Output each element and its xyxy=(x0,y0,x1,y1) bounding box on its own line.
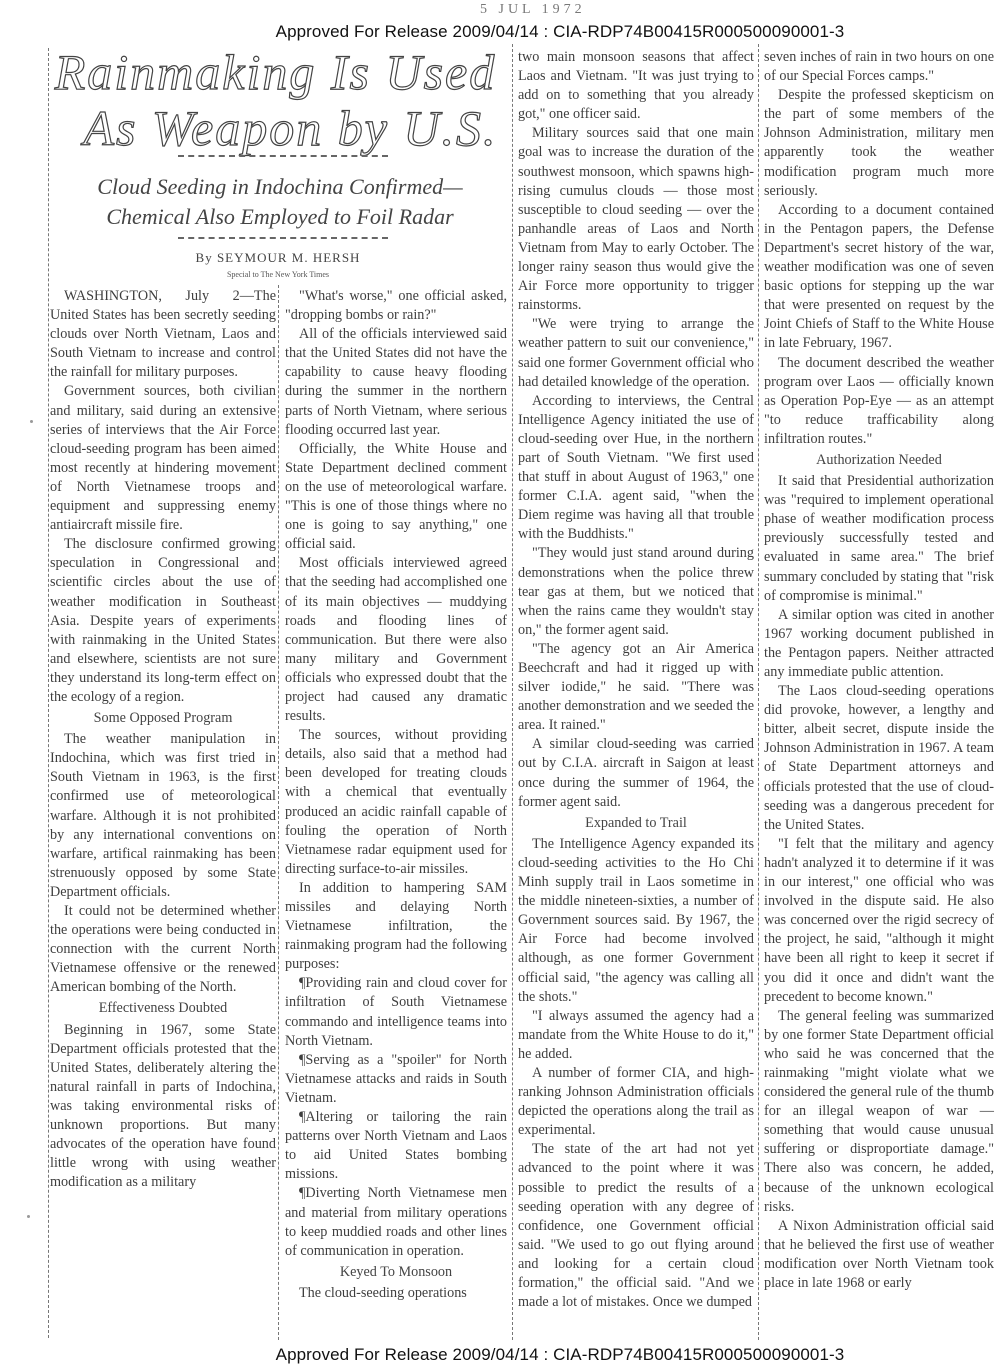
paragraph: The document described the weather progr… xyxy=(764,354,994,449)
paragraph: Despite the professed skepticism on the … xyxy=(764,86,994,201)
paragraph: ¶Altering or tailoring the rain patterns… xyxy=(285,1108,507,1184)
article-column-2: "What's worse," one official asked, "dro… xyxy=(285,287,507,1303)
date-fragment: 5 JUL 1972 xyxy=(480,2,586,18)
headline-line-1: Rainmaking Is Used xyxy=(48,44,503,100)
article-column-4: seven inches of rain in two hours on one… xyxy=(764,48,994,1293)
article-column-3: two main monsoon seasons that affect Lao… xyxy=(518,48,754,1312)
paragraph: ¶Providing rain and cloud cover for infi… xyxy=(285,974,507,1050)
column-rule xyxy=(278,285,279,1340)
column-rule xyxy=(48,48,49,1338)
paragraph: A Nixon Administration official said tha… xyxy=(764,1217,994,1293)
column-rule xyxy=(758,44,759,1340)
paragraph: In addition to hampering SAM missiles an… xyxy=(285,879,507,974)
headline: Rainmaking Is Used As Weapon by U.S. xyxy=(48,44,503,156)
paragraph: A similar option was cited in another 19… xyxy=(764,606,994,682)
paragraph: "I felt that the military and agency had… xyxy=(764,835,994,1007)
section-subheading: Authorization Needed xyxy=(764,451,994,470)
paragraph-continued: two main monsoon seasons that affect Lao… xyxy=(518,48,754,124)
column-rule xyxy=(512,44,513,1340)
paragraph: The Intelligence Agency expanded its clo… xyxy=(518,835,754,1007)
paragraph: A similar cloud-seeding was carried out … xyxy=(518,735,754,811)
paragraph: WASHINGTON, July 2—The United States has… xyxy=(50,287,276,382)
paragraph: All of the officials interviewed said th… xyxy=(285,325,507,440)
subhead-line-1: Cloud Seeding in Indochina Confirmed— xyxy=(50,172,510,202)
byline-credit: Special to The New York Times xyxy=(48,270,508,279)
paragraph: The weather manipulation in Indochina, w… xyxy=(50,730,276,902)
paragraph: According to a document contained in the… xyxy=(764,201,994,354)
paragraph: Government sources, both civilian and mi… xyxy=(50,382,276,535)
paragraph: Beginning in 1967, some State Department… xyxy=(50,1021,276,1193)
release-stamp-bottom: Approved For Release 2009/04/14 : CIA-RD… xyxy=(60,1345,1000,1365)
paragraph: A number of former CIA, and high-ranking… xyxy=(518,1064,754,1140)
section-subheading: Expanded to Trail xyxy=(518,814,754,833)
scan-speck xyxy=(27,1215,30,1218)
paragraph: ¶Serving as a "spoiler" for North Vietna… xyxy=(285,1051,507,1108)
paragraph: Military sources said that one main goal… xyxy=(518,124,754,315)
paragraph: "We were trying to arrange the weather p… xyxy=(518,315,754,391)
scan-speck xyxy=(30,420,33,423)
paragraph: "What's worse," one official asked, "dro… xyxy=(285,287,507,325)
paragraph: Most officials interviewed agreed that t… xyxy=(285,554,507,726)
paragraph: "They would just stand around during dem… xyxy=(518,544,754,639)
subhead-line-2: Chemical Also Employed to Foil Radar xyxy=(50,202,510,232)
paragraph: "I always assumed the agency had a manda… xyxy=(518,1007,754,1064)
article-column-1: WASHINGTON, July 2—The United States has… xyxy=(50,287,276,1192)
paragraph-continued: seven inches of rain in two hours on one… xyxy=(764,48,994,86)
subhead: Cloud Seeding in Indochina Confirmed— Ch… xyxy=(50,172,510,232)
paragraph: According to interviews, the Central Int… xyxy=(518,392,754,545)
paragraph: The Laos cloud-seeding operations did pr… xyxy=(764,682,994,835)
section-subheading: Keyed To Monsoon xyxy=(285,1263,507,1282)
paragraph: It could not be determined whether the o… xyxy=(50,902,276,997)
section-subheading: Effectiveness Doubted xyxy=(50,999,276,1018)
paragraph: The cloud-seeding operations xyxy=(285,1284,507,1303)
subhead-divider xyxy=(178,237,388,239)
byline: By SEYMOUR M. HERSH xyxy=(48,250,508,266)
paragraph: The general feeling was summarized by on… xyxy=(764,1007,994,1217)
paragraph: The sources, without providing details, … xyxy=(285,726,507,879)
paragraph: It said that Presidential authorization … xyxy=(764,472,994,606)
paragraph: ¶Diverting North Vietnamese men and mate… xyxy=(285,1184,507,1260)
paragraph: Officially, the White House and State De… xyxy=(285,440,507,555)
release-stamp-top: Approved For Release 2009/04/14 : CIA-RD… xyxy=(60,22,1000,42)
section-subheading: Some Opposed Program xyxy=(50,709,276,728)
paragraph: "The agency got an Air America Beechcraf… xyxy=(518,640,754,735)
paragraph: The disclosure confirmed growing specula… xyxy=(50,535,276,707)
headline-divider xyxy=(178,155,388,157)
paragraph: The state of the art had not yet advance… xyxy=(518,1140,754,1312)
headline-line-2: As Weapon by U.S. xyxy=(48,100,503,156)
